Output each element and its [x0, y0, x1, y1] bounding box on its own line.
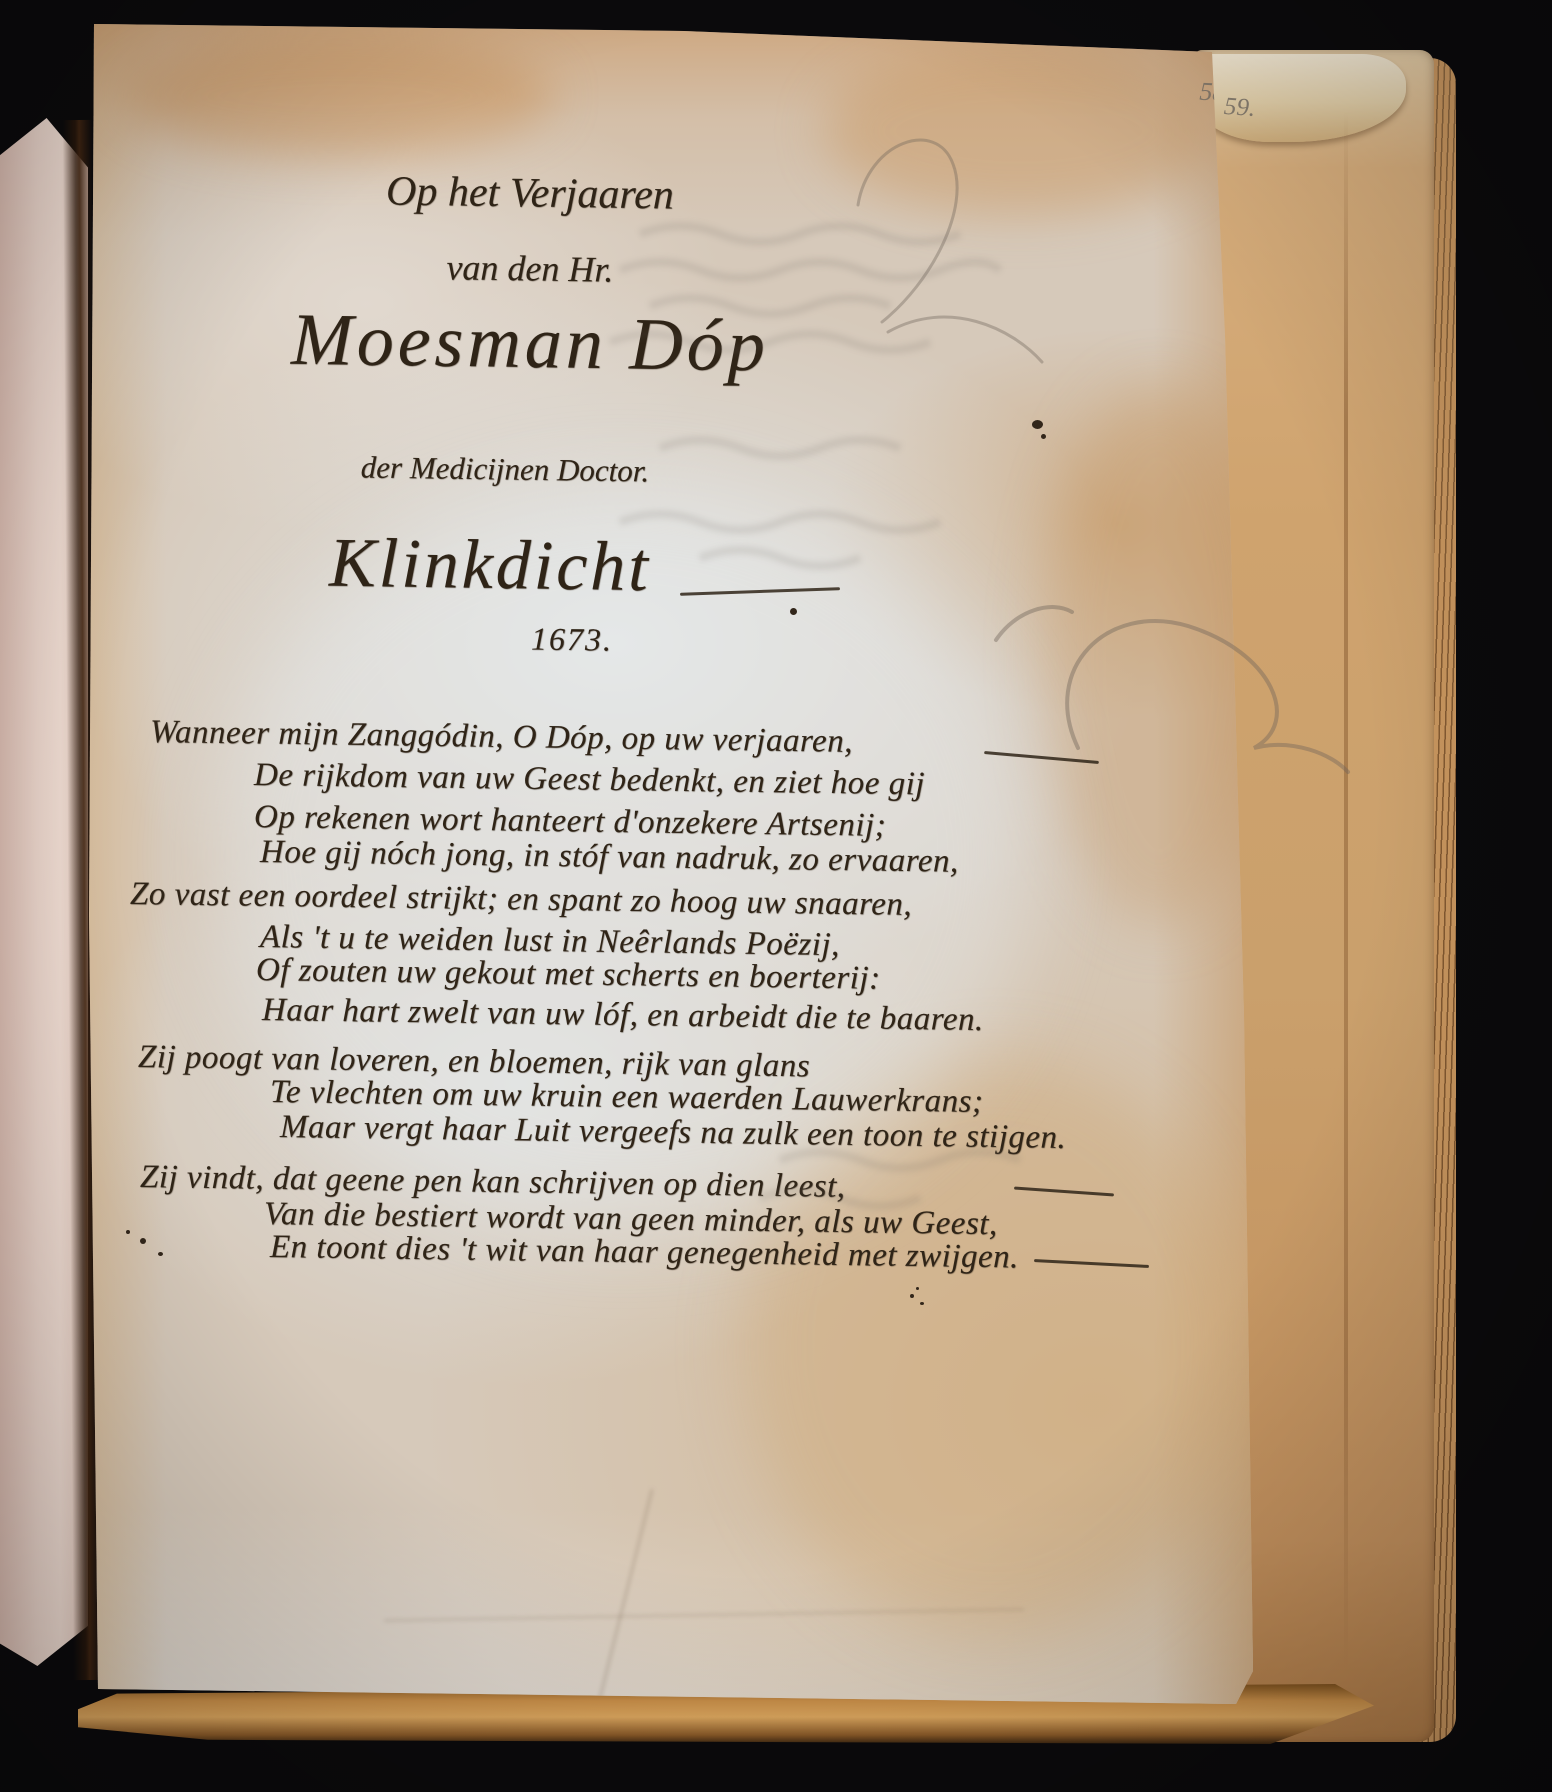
photo-vignette: [0, 0, 1552, 1792]
photo-of-manuscript-book: 59. 58. Op het Verjaaren van den Hr. Moe…: [0, 0, 1552, 1792]
